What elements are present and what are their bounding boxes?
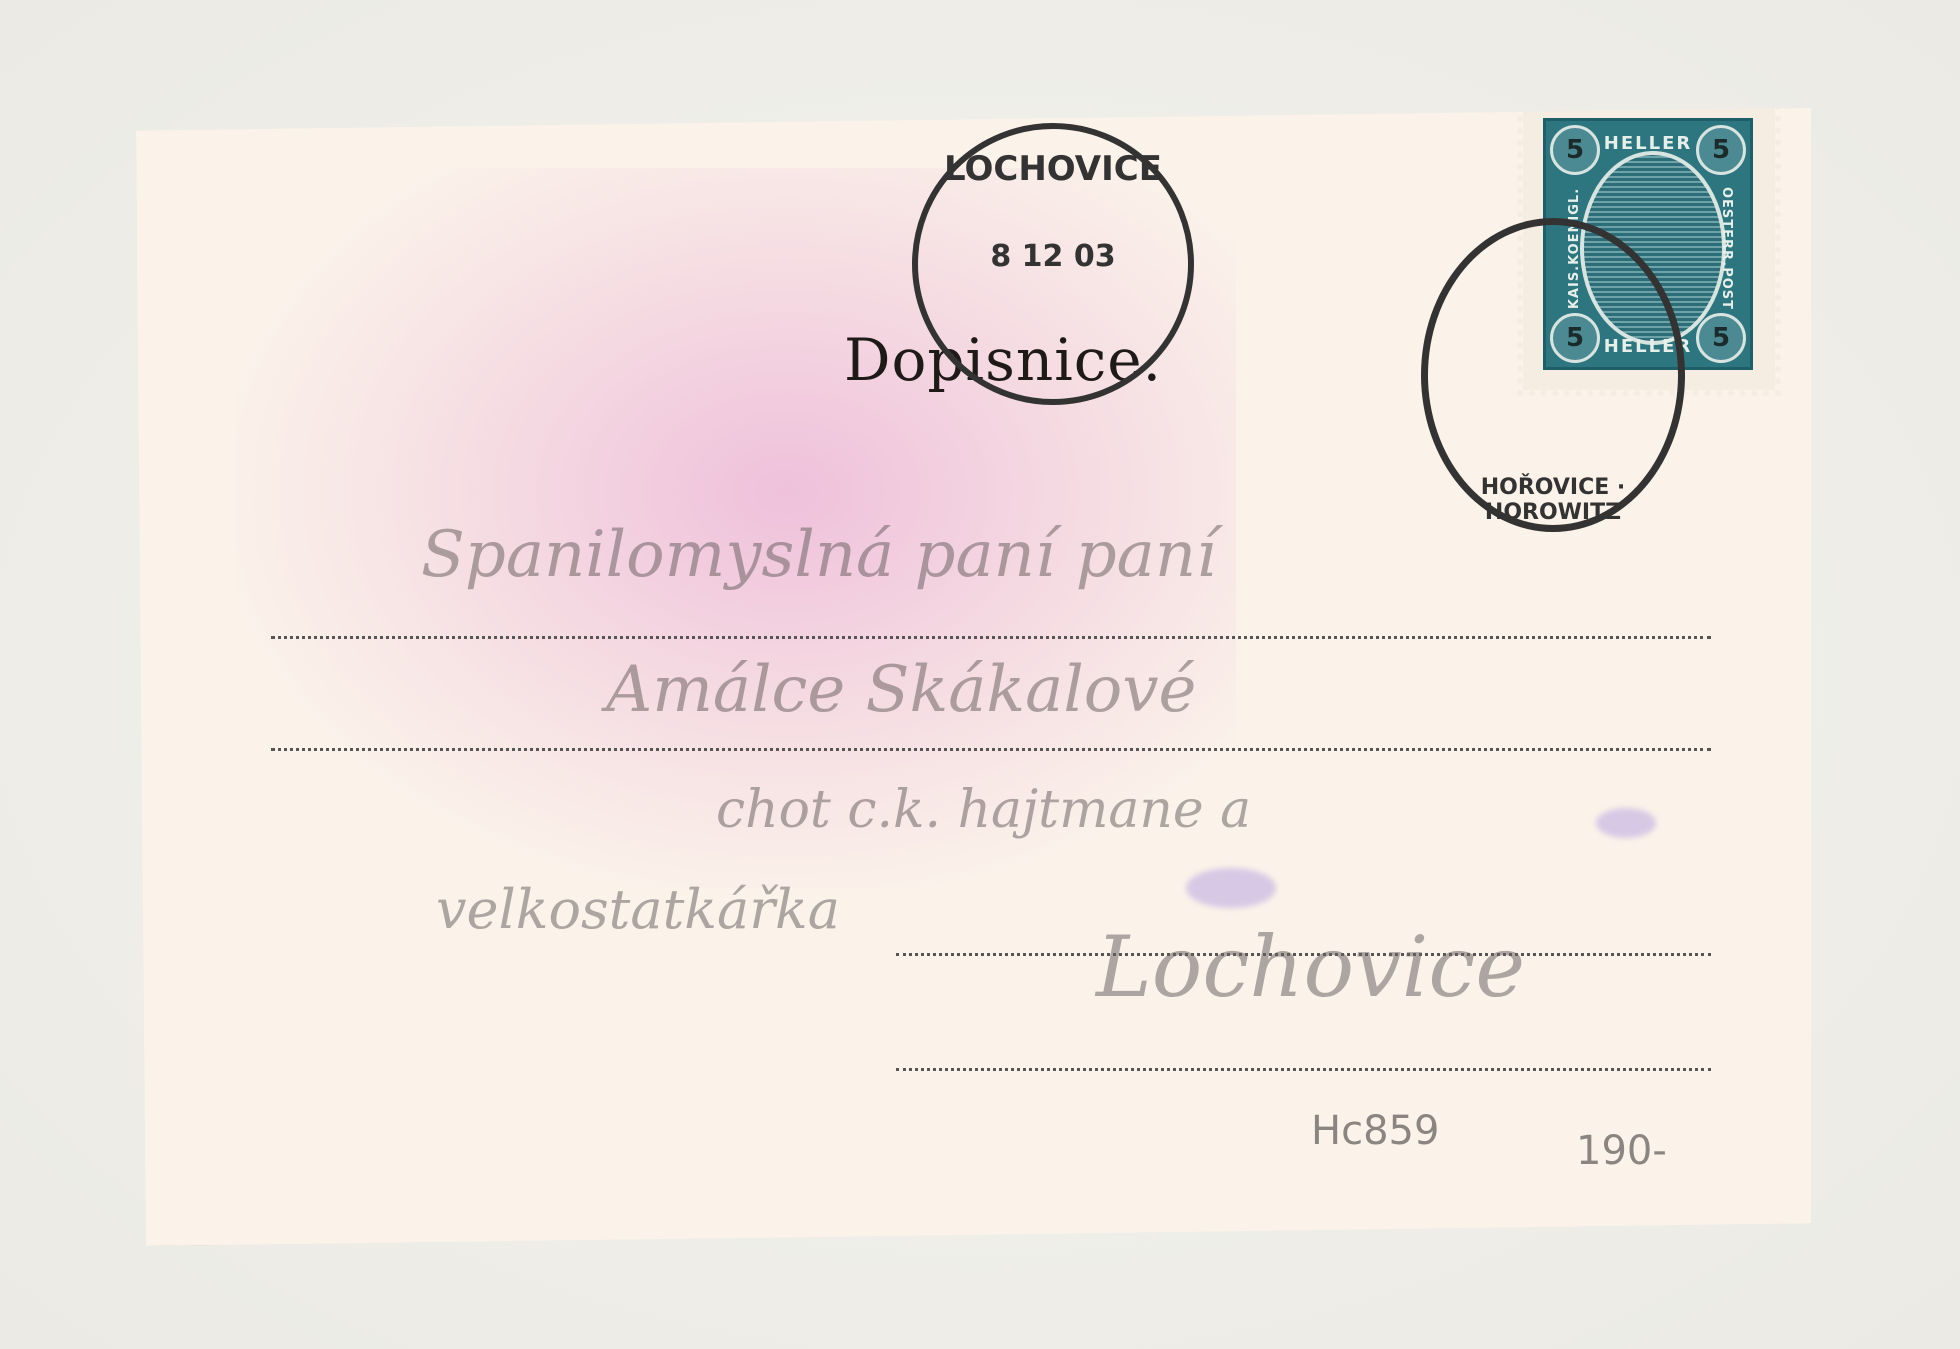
handwriting-line-5: Lochovice <box>1096 918 1525 1016</box>
handwriting-line-1: Spanilomyslná paní paní <box>421 518 1217 592</box>
postmark-horovice: HOŘOVICE · HOROWITZ <box>1421 218 1685 532</box>
purple-ink-mark <box>1186 868 1276 908</box>
address-line <box>271 748 1711 751</box>
handwriting-line-4: velkostatkářka <box>436 878 840 941</box>
handwriting-line-2: Amálce Skákalové <box>606 653 1196 727</box>
postmark-lochovice: LOCHOVICE 8 12 03 <box>912 123 1194 405</box>
handwriting-line-3: chot c.k. hajtmane a <box>716 780 1251 840</box>
postcard: Dopisnice. Spanilomyslná paní paní Amálc… <box>136 108 1811 1246</box>
purple-ink-mark <box>1596 808 1656 838</box>
pencil-note-code: Hc859 <box>1311 1108 1439 1154</box>
address-line <box>896 1068 1711 1071</box>
address-line <box>271 636 1711 639</box>
pencil-note-price: 190- <box>1576 1128 1667 1174</box>
